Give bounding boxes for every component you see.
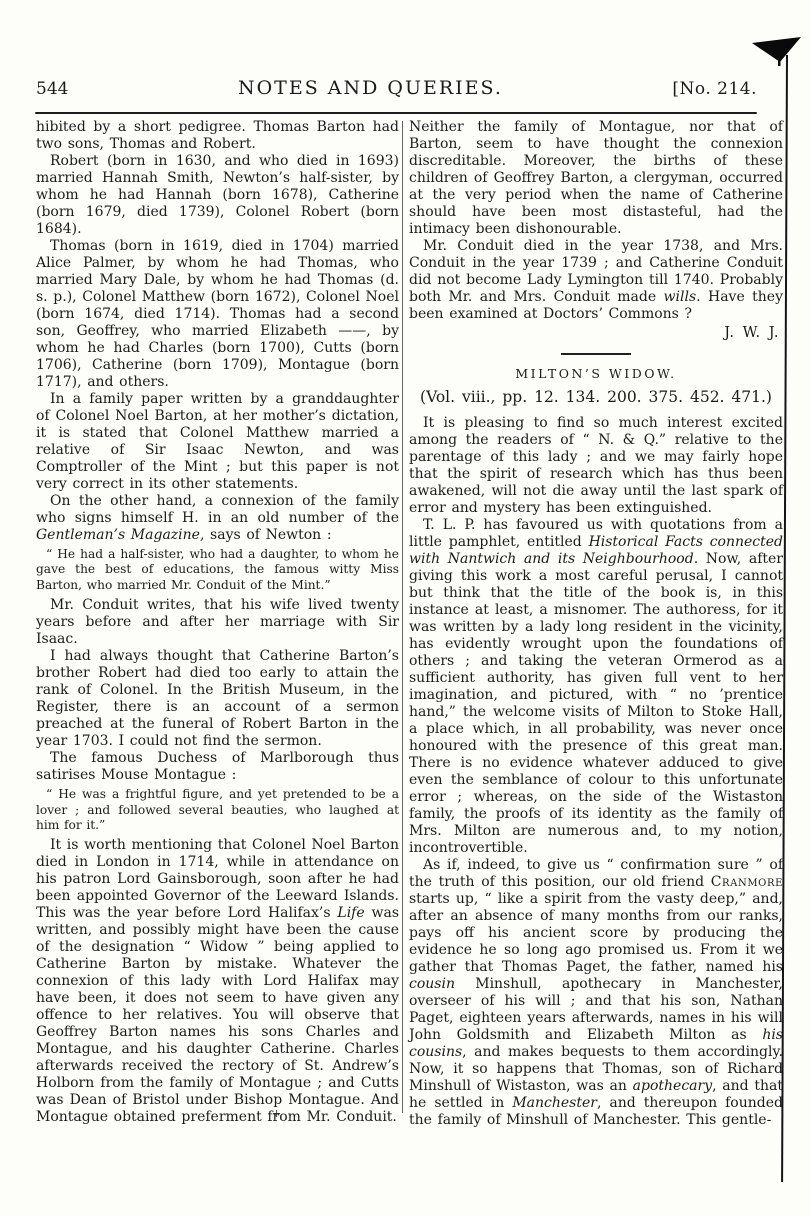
- ink-blot: [748, 32, 804, 66]
- author-signature: J. W. J.: [409, 323, 783, 343]
- page-header: 544 NOTES AND QUERIES. [No. 214.: [36, 77, 757, 99]
- para: As if, indeed, to give us “ confirmation…: [409, 857, 783, 1129]
- page: 544 NOTES AND QUERIES. [No. 214. hibited…: [0, 0, 811, 1217]
- para: Mr. Conduit writes, that his wife lived …: [36, 597, 399, 648]
- para: The famous Duchess of Marlborough thus s…: [36, 750, 399, 784]
- para: Robert (born in 1630, and who died in 16…: [36, 153, 399, 238]
- para: On the other hand, a connexion of the fa…: [36, 493, 399, 544]
- right-column: Neither the family of Montague, nor that…: [409, 119, 783, 1129]
- left-column: hibited by a short pedigree. Thomas Bart…: [36, 119, 399, 1126]
- quote: “ He was a frightful figure, and yet pre…: [36, 787, 399, 833]
- para: Neither the family of Montague, nor that…: [409, 119, 783, 238]
- para: Thomas (born in 1619, died in 1704) marr…: [36, 238, 399, 391]
- header-rule: [35, 112, 757, 114]
- issue-number: [No. 214.: [672, 79, 757, 99]
- para: hibited by a short pedigree. Thomas Bart…: [36, 119, 399, 153]
- section-divider-rule: [561, 353, 631, 355]
- column-divider: [402, 121, 403, 1113]
- para: I had always thought that Catherine Bart…: [36, 648, 399, 750]
- para: It is pleasing to find so much interest …: [409, 415, 783, 517]
- para: In a family paper written by a granddaug…: [36, 391, 399, 493]
- page-number: 544: [36, 79, 68, 99]
- volume-reference: (Vol. viii., pp. 12. 134. 200. 375. 452.…: [409, 388, 783, 406]
- end-mark: +: [272, 1107, 281, 1120]
- para: Mr. Conduit died in the year 1738, and M…: [409, 238, 783, 323]
- para: It is worth mentioning that Colonel Noel…: [36, 837, 399, 1126]
- article-heading: MILTON’S WIDOW.: [409, 366, 783, 381]
- journal-title: NOTES AND QUERIES.: [68, 77, 672, 99]
- para: T. L. P. has favoured us with quotations…: [409, 517, 783, 857]
- quote: “ He had a half-sister, who had a daught…: [36, 547, 399, 593]
